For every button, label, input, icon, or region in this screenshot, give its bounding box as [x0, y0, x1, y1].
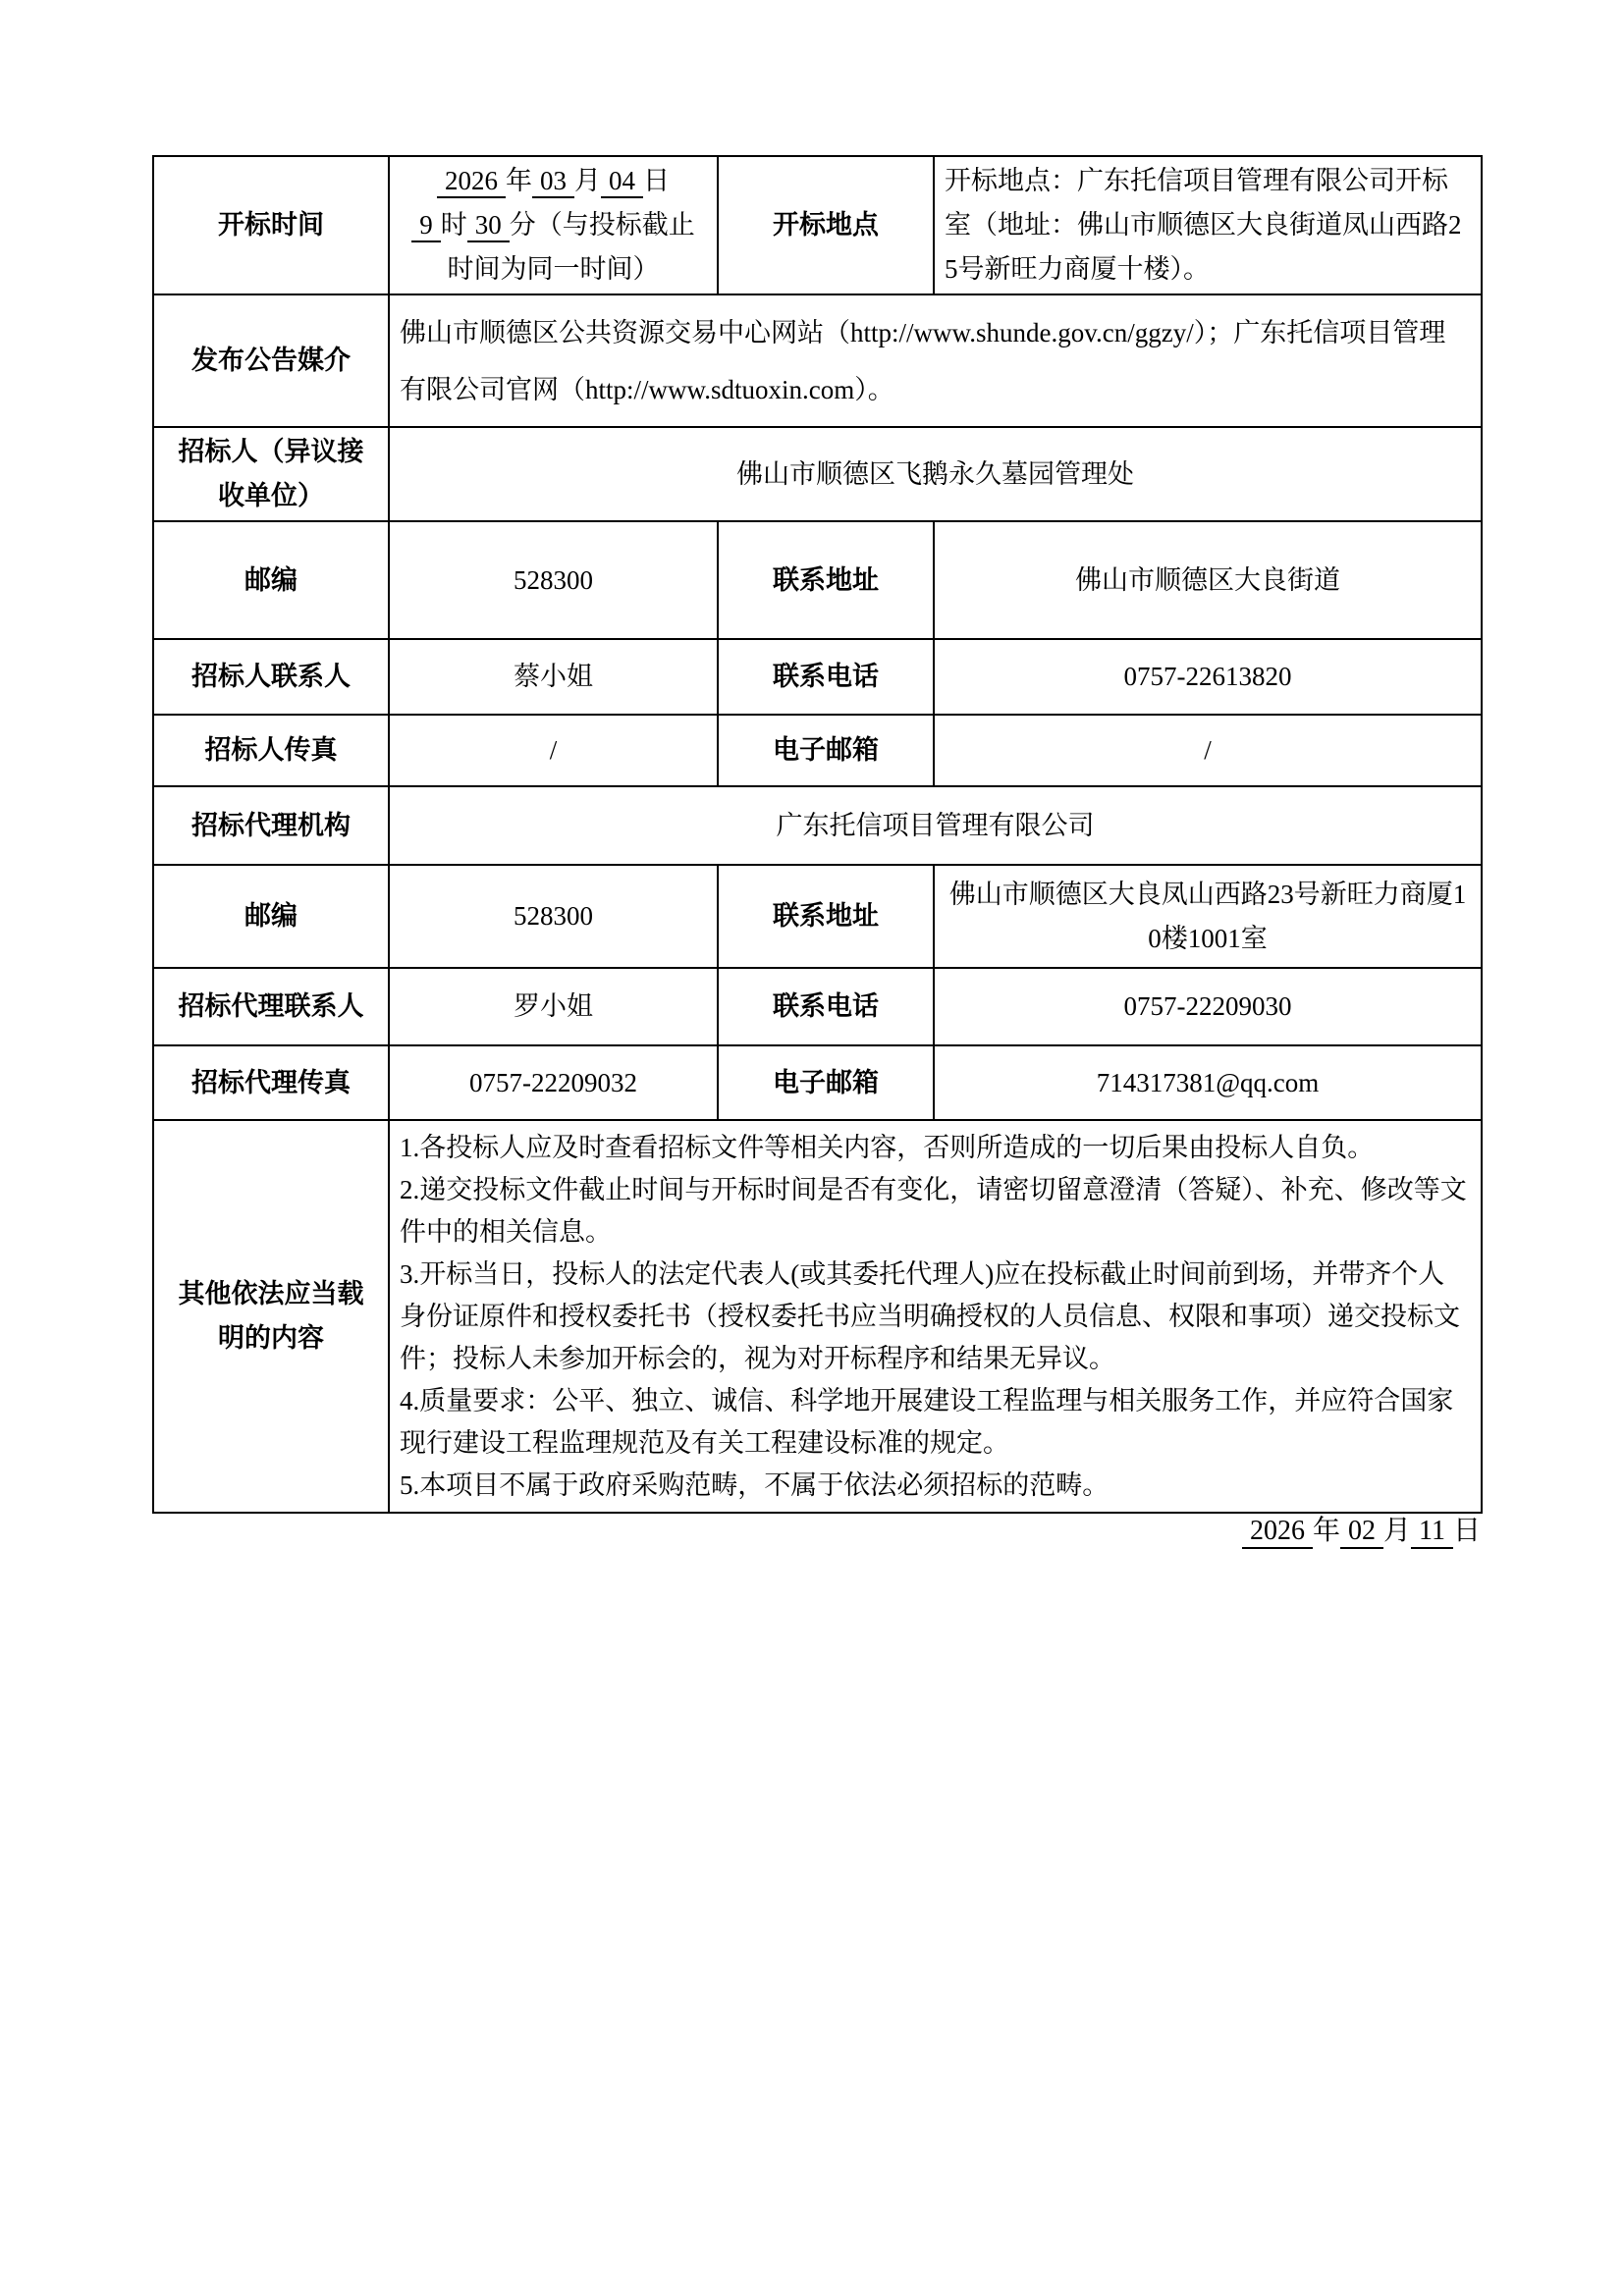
table-row: 其他依法应当载明的内容 1.各投标人应及时查看招标文件等相关内容，否则所造成的一…: [153, 1120, 1482, 1513]
tenderer-label-text: 招标人（异议接收单位）: [171, 430, 372, 518]
address2-value: 佛山市顺德区大良凤山西路23号新旺力商厦10楼1001室: [934, 865, 1482, 968]
zip2-value: 528300: [389, 865, 718, 968]
open-time-month: 03: [532, 166, 574, 198]
document-page: 开标时间 2026年03月04日 9时30分（与投标截止时间为同一时间） 开标地…: [0, 0, 1624, 2296]
table-row: 发布公告媒介 佛山市顺德区公共资源交易中心网站（http://www.shund…: [153, 294, 1482, 427]
note-item-3: 3.开标当日，投标人的法定代表人(或其委托代理人)应在投标截止时间前到场，并带齐…: [400, 1254, 1471, 1380]
address1-value: 佛山市顺德区大良街道: [934, 521, 1482, 639]
open-location-value: 开标地点：广东托信项目管理有限公司开标室（地址：佛山市顺德区大良街道凤山西路25…: [934, 156, 1482, 294]
note-item-2: 2.递交投标文件截止时间与开标时间是否有变化，请密切留意澄清（答疑）、补充、修改…: [400, 1169, 1471, 1254]
email2-value: 714317381@qq.com: [934, 1045, 1482, 1120]
sign-date-day-unit: 日: [1453, 1516, 1481, 1546]
agency-label: 招标代理机构: [153, 786, 389, 865]
note-item-5: 5.本项目不属于政府采购范畴，不属于依法必须招标的范畴。: [400, 1465, 1471, 1507]
open-time-hour-unit: 时: [441, 210, 467, 240]
open-time-minute: 30: [467, 210, 510, 242]
table-row: 招标代理传真 0757-22209032 电子邮箱 714317381@qq.c…: [153, 1045, 1482, 1120]
open-time-year: 2026: [437, 166, 506, 198]
address1-label: 联系地址: [718, 521, 934, 639]
other-content-label: 其他依法应当载明的内容: [153, 1120, 389, 1513]
sign-date-month: 02: [1340, 1516, 1383, 1549]
zip1-value: 528300: [389, 521, 718, 639]
contact1-value: 蔡小姐: [389, 639, 718, 715]
other-content-label-text: 其他依法应当载明的内容: [171, 1272, 372, 1361]
open-time-hour: 9: [411, 210, 441, 242]
open-location-label: 开标地点: [718, 156, 934, 294]
phone2-value: 0757-22209030: [934, 968, 1482, 1045]
email1-label: 电子邮箱: [718, 715, 934, 786]
sign-date-month-unit: 月: [1383, 1516, 1411, 1546]
open-time-day-unit: 日: [643, 166, 670, 195]
tenderer-value: 佛山市顺德区飞鹅永久墓园管理处: [389, 427, 1482, 521]
table-row: 招标人传真 / 电子邮箱 /: [153, 715, 1482, 786]
table-row: 邮编 528300 联系地址 佛山市顺德区大良街道: [153, 521, 1482, 639]
open-time-label: 开标时间: [153, 156, 389, 294]
fax1-value: /: [389, 715, 718, 786]
phone1-value: 0757-22613820: [934, 639, 1482, 715]
sign-date-year: 2026: [1242, 1516, 1313, 1549]
table-row: 招标代理联系人 罗小姐 联系电话 0757-22209030: [153, 968, 1482, 1045]
email2-label: 电子邮箱: [718, 1045, 934, 1120]
contact1-label: 招标人联系人: [153, 639, 389, 715]
phone1-label: 联系电话: [718, 639, 934, 715]
open-time-value: 2026年03月04日 9时30分（与投标截止时间为同一时间）: [389, 156, 718, 294]
address2-label: 联系地址: [718, 865, 934, 968]
open-time-minute-unit: 分: [510, 210, 536, 240]
open-time-year-unit: 年: [506, 166, 532, 195]
sign-date-day: 11: [1411, 1516, 1453, 1549]
contact2-value: 罗小姐: [389, 968, 718, 1045]
table-row: 招标代理机构 广东托信项目管理有限公司: [153, 786, 1482, 865]
open-time-month-unit: 月: [574, 166, 601, 195]
table-row: 邮编 528300 联系地址 佛山市顺德区大良凤山西路23号新旺力商厦10楼10…: [153, 865, 1482, 968]
announce-media-label: 发布公告媒介: [153, 294, 389, 427]
zip2-label: 邮编: [153, 865, 389, 968]
note-item-1: 1.各投标人应及时查看招标文件等相关内容，否则所造成的一切后果由投标人自负。: [400, 1127, 1471, 1169]
fax2-value: 0757-22209032: [389, 1045, 718, 1120]
tenderer-label: 招标人（异议接收单位）: [153, 427, 389, 521]
fax2-label: 招标代理传真: [153, 1045, 389, 1120]
zip1-label: 邮编: [153, 521, 389, 639]
table-row: 开标时间 2026年03月04日 9时30分（与投标截止时间为同一时间） 开标地…: [153, 156, 1482, 294]
open-time-day: 04: [601, 166, 643, 198]
note-item-4: 4.质量要求：公平、独立、诚信、科学地开展建设工程监理与相关服务工作，并应符合国…: [400, 1380, 1471, 1465]
contact2-label: 招标代理联系人: [153, 968, 389, 1045]
other-content-value: 1.各投标人应及时查看招标文件等相关内容，否则所造成的一切后果由投标人自负。 2…: [389, 1120, 1482, 1513]
tender-info-table: 开标时间 2026年03月04日 9时30分（与投标截止时间为同一时间） 开标地…: [152, 155, 1483, 1514]
phone2-label: 联系电话: [718, 968, 934, 1045]
sign-date: 2026年02月11日: [152, 1508, 1481, 1555]
email1-value: /: [934, 715, 1482, 786]
announce-media-value: 佛山市顺德区公共资源交易中心网站（http://www.shunde.gov.c…: [389, 294, 1482, 427]
agency-value: 广东托信项目管理有限公司: [389, 786, 1482, 865]
fax1-label: 招标人传真: [153, 715, 389, 786]
sign-date-year-unit: 年: [1313, 1516, 1340, 1546]
table-row: 招标人（异议接收单位） 佛山市顺德区飞鹅永久墓园管理处: [153, 427, 1482, 521]
table-row: 招标人联系人 蔡小姐 联系电话 0757-22613820: [153, 639, 1482, 715]
